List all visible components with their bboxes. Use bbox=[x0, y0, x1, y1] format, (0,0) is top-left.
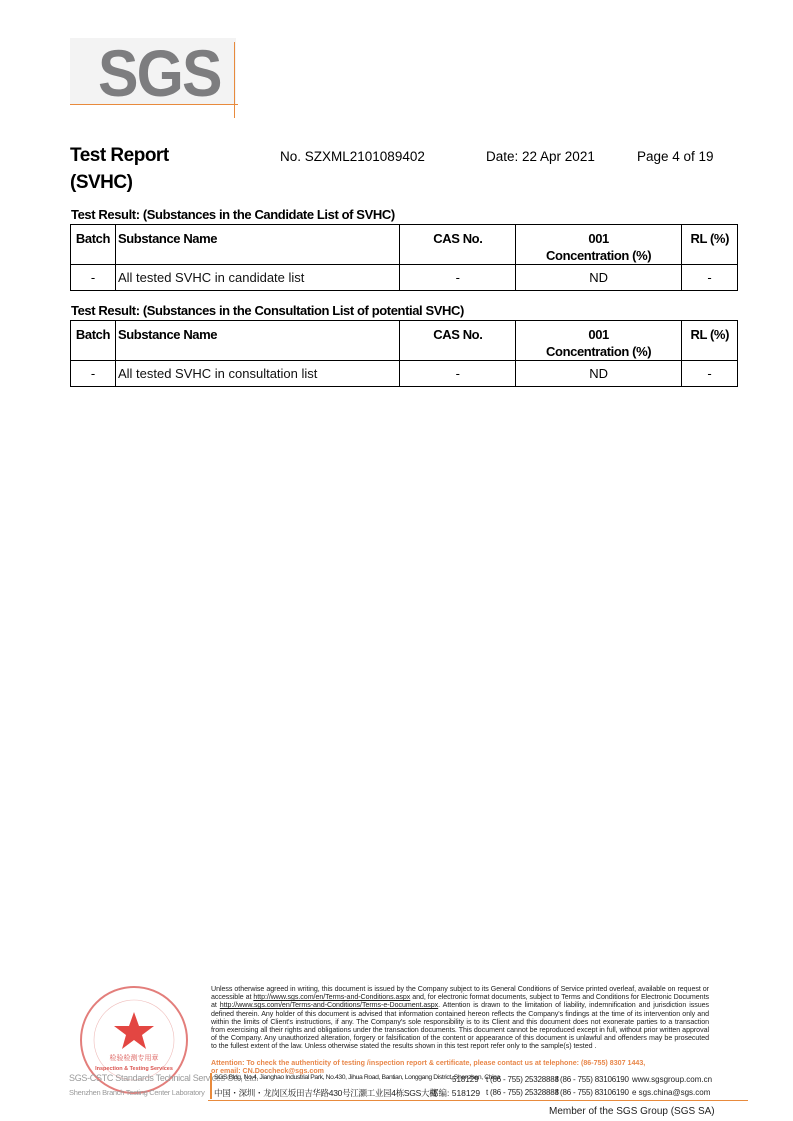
report-title: Test Report bbox=[70, 145, 169, 167]
cell-rl: - bbox=[682, 265, 738, 291]
star-icon bbox=[114, 1012, 154, 1049]
cell-batch: - bbox=[71, 361, 116, 387]
column-header-cas-no: CAS No. bbox=[400, 225, 516, 265]
page-indicator: Page 4 of 19 bbox=[637, 149, 714, 164]
section-title-candidate-list: Test Result: (Substances in the Candidat… bbox=[71, 207, 395, 222]
table-row: - All tested SVHC in consultation list -… bbox=[71, 361, 738, 387]
column-header-batch: Batch bbox=[71, 321, 116, 361]
cell-concentration: ND bbox=[516, 361, 682, 387]
cell-cas-no: - bbox=[400, 265, 516, 291]
candidate-list-table: Batch Substance Name CAS No. 001 Concent… bbox=[70, 224, 738, 291]
report-subtitle: (SVHC) bbox=[70, 172, 132, 194]
telephone-cn: t (86 - 755) 25328888 bbox=[486, 1088, 559, 1097]
table-header-row: Batch Substance Name CAS No. 001 Concent… bbox=[71, 225, 738, 265]
telephone-en: t (86 - 755) 25328888 bbox=[486, 1075, 559, 1084]
consultation-list-table: Batch Substance Name CAS No. 001 Concent… bbox=[70, 320, 738, 387]
cell-concentration: ND bbox=[516, 265, 682, 291]
cell-rl: - bbox=[682, 361, 738, 387]
column-header-cas-no: CAS No. bbox=[400, 321, 516, 361]
logo-horizontal-rule bbox=[70, 104, 238, 105]
column-header-substance-name: Substance Name bbox=[115, 225, 399, 265]
email-link[interactable]: e sgs.china@sgs.com bbox=[632, 1088, 710, 1097]
fax-en: f (86 - 755) 83106190 bbox=[556, 1075, 629, 1084]
logo-vertical-rule bbox=[234, 42, 235, 118]
legal-text-part3: . Attention is drawn to the limitation o… bbox=[211, 1001, 709, 1050]
sgs-group-membership: Member of the SGS Group (SGS SA) bbox=[549, 1106, 715, 1117]
logo-text: SGS bbox=[98, 40, 221, 106]
column-header-rl: RL (%) bbox=[682, 321, 738, 361]
cell-substance-name: All tested SVHC in consultation list bbox=[115, 361, 399, 387]
address-chinese: 中国・深圳・龙岗区坂田吉华路430号江灏工业园4栋SGS大楼 bbox=[214, 1087, 437, 1099]
footer-divider bbox=[208, 1100, 748, 1101]
column-header-rl: RL (%) bbox=[682, 225, 738, 265]
stamp-inner-cn: 检验检测专用章 bbox=[110, 1053, 159, 1062]
website-link[interactable]: www.sgsgroup.com.cn bbox=[632, 1075, 712, 1084]
zip-chinese: 邮编: 518129 bbox=[430, 1087, 480, 1099]
column-header-batch: Batch bbox=[71, 225, 116, 265]
cell-cas-no: - bbox=[400, 361, 516, 387]
stamp-branch-name: Shenzhen Branch Testing Center Laborator… bbox=[69, 1088, 205, 1097]
column-header-sample-id: 001 bbox=[516, 327, 681, 342]
report-date: Date: 22 Apr 2021 bbox=[486, 149, 595, 164]
authenticity-notice-line1: Attention: To check the authenticity of … bbox=[211, 1059, 716, 1067]
column-header-concentration: 001 Concentration (%) bbox=[516, 321, 682, 361]
zip-english: 518129 bbox=[452, 1075, 479, 1084]
sgs-logo: SGS bbox=[70, 38, 240, 118]
address-accent-bar bbox=[210, 1073, 212, 1099]
column-header-concentration: 001 Concentration (%) bbox=[516, 225, 682, 265]
terms-e-document-link[interactable]: http://www.sgs.com/en/Terms-and-Conditio… bbox=[220, 1001, 438, 1009]
legal-disclaimer: Unless otherwise agreed in writing, this… bbox=[211, 985, 709, 1051]
terms-and-conditions-link[interactable]: http://www.sgs.com/en/Terms-and-Conditio… bbox=[253, 993, 410, 1001]
column-header-substance-name: Substance Name bbox=[115, 321, 399, 361]
table-row: - All tested SVHC in candidate list - ND… bbox=[71, 265, 738, 291]
table-header-row: Batch Substance Name CAS No. 001 Concent… bbox=[71, 321, 738, 361]
section-title-consultation-list: Test Result: (Substances in the Consulta… bbox=[71, 303, 464, 318]
report-number: No. SZXML2101089402 bbox=[280, 149, 425, 164]
column-header-sample-id: 001 bbox=[516, 231, 681, 246]
cell-batch: - bbox=[71, 265, 116, 291]
stamp-inner-en: Inspection & Testing Services bbox=[95, 1066, 173, 1072]
fax-cn: f (86 - 755) 83106190 bbox=[556, 1088, 629, 1097]
column-header-concentration-label: Concentration (%) bbox=[516, 344, 681, 359]
authenticity-notice: Attention: To check the authenticity of … bbox=[211, 1059, 716, 1075]
cell-substance-name: All tested SVHC in candidate list bbox=[115, 265, 399, 291]
column-header-concentration-label: Concentration (%) bbox=[516, 248, 681, 263]
